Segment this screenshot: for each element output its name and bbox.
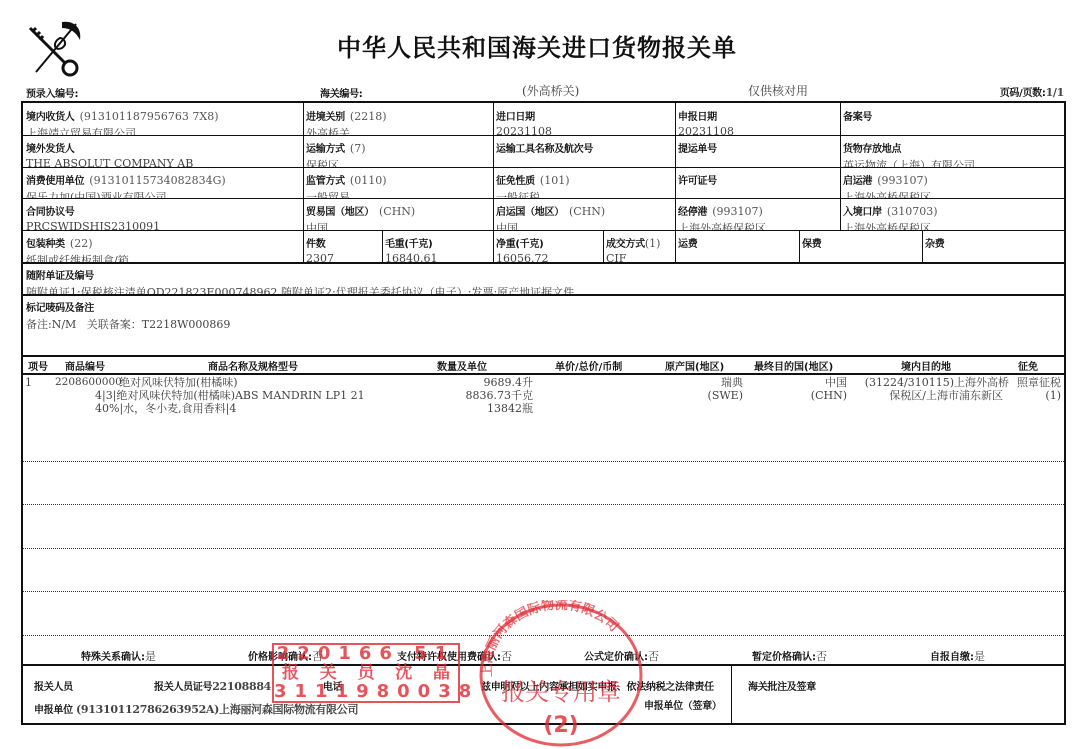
item-header-name: 商品名称及规格型号	[208, 358, 298, 373]
item-header-hs-code: 商品编号	[65, 358, 105, 373]
item-header-qty: 数量及单位	[437, 358, 487, 373]
customs-number: 海关编号:	[320, 85, 363, 100]
broker-stamp: 220166 51 报关员沈晶 3111980038	[272, 643, 460, 703]
prerecord-number: 预录入编号:	[26, 85, 78, 100]
company-seal-stamp: 上海丽河森国际物流有限公司 报关专用章 (2)	[476, 600, 646, 749]
item-header-levy: 征免	[1018, 358, 1038, 373]
broker-id: 报关人员证号22108884	[154, 678, 271, 693]
confirm-provisional-price: 暂定价格确认:否	[752, 648, 827, 664]
field-record-no: 备案号	[840, 103, 1066, 135]
field-marks-remarks: 标记唛码及备注 备注:N/M 关联备案：T2218W000869	[23, 294, 1066, 355]
svg-text:(2): (2)	[543, 713, 578, 738]
confirm-self-declare: 自报自缴:是	[930, 648, 985, 664]
customs-note-label: 海关批注及签章	[748, 678, 816, 693]
field-storage-place: 货物存放地点 英运物流（上海）有限公司	[840, 135, 1066, 167]
field-package-type: 包装种类 (22) 纸制或纤维板制盒/箱	[23, 230, 303, 262]
svg-text:报关专用章: 报关专用章	[501, 678, 621, 706]
field-trade-country: 贸易国（地区） (CHN) 中国	[303, 198, 493, 230]
field-consignee: 境内收货人 (913101187956763 7X8) 上海靖立贸易有限公司	[23, 103, 303, 135]
item-header-no: 项号	[28, 358, 48, 373]
field-contract-no: 合同协议号 PRCSWIDSHJS2310091	[23, 198, 303, 230]
field-transport-mode: 运输方式 (7) 保税区	[303, 135, 493, 167]
item-header-domestic-dest: 境内目的地	[901, 358, 951, 373]
field-trade-terms: 成交方式(1) CIF	[603, 230, 675, 262]
field-net-weight: 净重(千克) 16056.72	[493, 230, 603, 262]
svg-text:上海丽河森国际物流有限公司: 上海丽河森国际物流有限公司	[479, 600, 621, 677]
field-supervision-mode: 监管方式 (0110) 一般贸易	[303, 167, 493, 198]
field-attached-docs: 随附单证及编号 随附单证1:保税核注清单QD221823E000748962 随…	[23, 262, 1066, 294]
declare-unit: 申报单位 (91310112786263952A)上海丽河森国际物流有限公司	[34, 701, 358, 717]
field-origin-country: 启运国（地区） (CHN) 中国	[493, 198, 675, 230]
field-license-no: 许可证号	[675, 167, 840, 198]
field-misc: 杂费	[922, 230, 1066, 262]
item-header-final-dest: 最终目的国(地区)	[754, 358, 833, 373]
customs-port: (外高桥关)	[522, 82, 579, 99]
field-pieces: 件数 2307	[303, 230, 382, 262]
item-header-origin: 原产国(地区)	[665, 358, 724, 373]
field-transport-name: 运输工具名称及航次号	[493, 135, 675, 167]
item-header-price: 单价/总价/币制	[555, 358, 622, 373]
field-transit-port: 经停港 (993107) 上海外高桥保税区	[675, 198, 840, 230]
field-bill-no: 提运单号	[675, 135, 840, 167]
confirm-special-relation: 特殊关系确认:是	[81, 648, 156, 664]
field-departure-port: 启运港 (993107) 上海外高桥保税区	[840, 167, 1066, 198]
page-count: 页码/页数:1/1	[1000, 84, 1064, 99]
broker-label: 报关人员	[34, 678, 73, 693]
field-entry-customs: 进境关别 (2218) 外高桥关	[303, 103, 493, 135]
verify-note: 仅供核对用	[748, 82, 808, 99]
field-entry-port: 入境口岸 (310703) 上海外高桥保税区	[840, 198, 1066, 230]
field-import-date: 进口日期 20231108	[493, 103, 675, 135]
field-insurance: 保费	[799, 230, 922, 262]
field-overseas-consignor: 境外发货人 THE ABSOLUT COMPANY AB	[23, 135, 303, 167]
field-declare-date: 申报日期 20231108	[675, 103, 840, 135]
document-title: 中华人民共和国海关进口货物报关单	[0, 28, 1074, 63]
field-freight: 运费	[675, 230, 799, 262]
field-gross-weight: 毛重(千克) 16840.61	[382, 230, 493, 262]
field-consumer-unit: 消费使用单位 (91310115734082834G) 保乐力加(中国)酒业有限…	[23, 167, 303, 198]
sign-label: 申报单位（签章）	[644, 697, 722, 712]
field-levy-nature: 征免性质 (101) 一般征税	[493, 167, 675, 198]
